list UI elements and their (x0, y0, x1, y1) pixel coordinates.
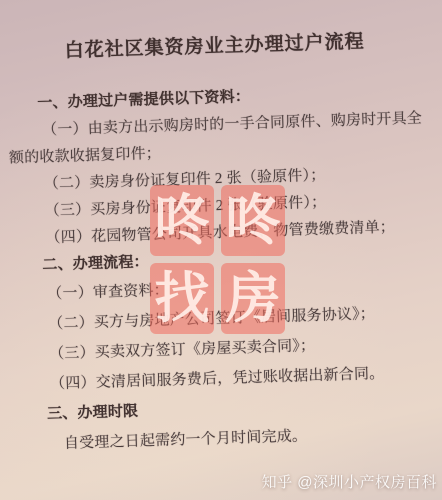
stamp-character: 咚 (221, 185, 285, 256)
stamp-character: 咚 (150, 185, 214, 256)
document-title: 白花社区集资房业主办理过户流程 (0, 24, 436, 65)
center-watermark-stamp: 咚 咚 找 房 (150, 185, 285, 334)
document-photo: 白花社区集资房业主办理过户流程 一、办理过户需提供以下资料： （一）由卖方出示购… (0, 0, 442, 500)
stamp-character: 房 (221, 263, 285, 334)
stamp-character: 找 (150, 263, 214, 334)
credit-watermark: 知乎 @深圳小产权房百科 (262, 471, 437, 492)
